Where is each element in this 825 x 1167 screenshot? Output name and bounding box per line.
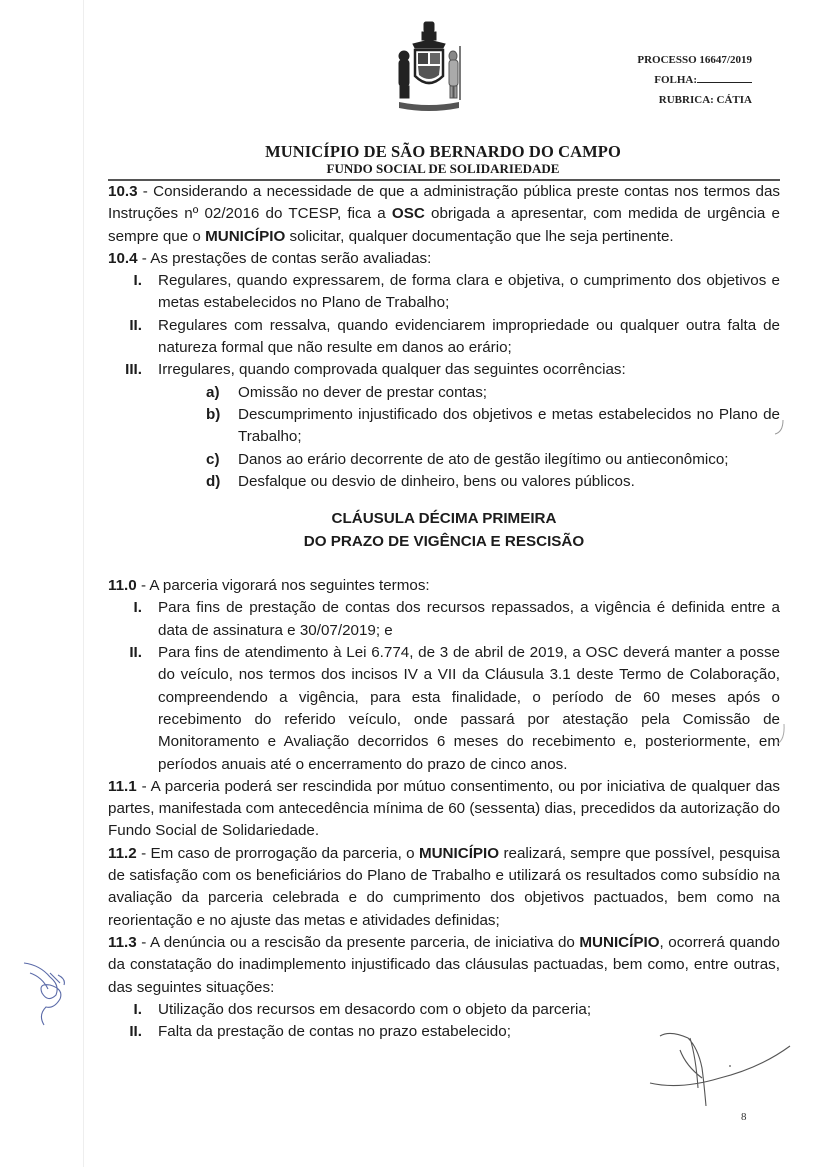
sub-list-item: b)Descumprimento injustificado dos objet… <box>206 404 780 449</box>
fund-subtitle: FUNDO SOCIAL DE SOLIDARIEDADE <box>108 161 778 176</box>
section-number: 11.0 <box>108 577 137 594</box>
document-body: 10.3 - Considerando a necessidade de que… <box>108 181 780 1043</box>
section-number: 10.4 <box>108 250 138 267</box>
coat-of-arms-icon <box>395 20 463 114</box>
clause-heading: CLÁUSULA DÉCIMA PRIMEIRA DO PRAZO DE VIG… <box>108 507 780 553</box>
section-number: 11.1 <box>108 778 137 795</box>
paragraph-11-0: 11.0 - A parceria vigorará nos seguintes… <box>108 575 780 597</box>
initials-signature-icon <box>20 955 70 1030</box>
section-number: 10.3 <box>108 183 138 200</box>
margin-line <box>83 0 84 1167</box>
list-item: II.Regulares com ressalva, quando eviden… <box>108 315 780 360</box>
paragraph-11-3: 11.3 - A denúncia ou a rescisão da prese… <box>108 932 780 999</box>
sub-list-item: a)Omissão no dever de prestar contas; <box>206 382 780 404</box>
margin-mark-icon <box>773 418 787 438</box>
process-stamp: PROCESSO 16647/2019 FOLHA: RUBRICA: CÁTI… <box>637 50 752 110</box>
process-number: PROCESSO 16647/2019 <box>637 50 752 70</box>
margin-mark-icon <box>775 722 789 748</box>
paragraph-10-4: 10.4 - As prestações de contas serão ava… <box>108 248 780 270</box>
paragraph-11-2: 11.2 - Em caso de prorrogação da parceri… <box>108 843 780 932</box>
clause-subtitle: DO PRAZO DE VIGÊNCIA E RESCISÃO <box>108 530 780 553</box>
sub-list-item: c)Danos ao erário decorrente de ato de g… <box>206 449 780 471</box>
paragraph-10-3: 10.3 - Considerando a necessidade de que… <box>108 181 780 248</box>
municipality-title: MUNICÍPIO DE SÃO BERNARDO DO CAMPO <box>108 142 778 161</box>
list-item: I.Regulares, quando expressarem, de form… <box>108 270 780 315</box>
list-item: II.Para fins de atendimento à Lei 6.774,… <box>108 642 780 776</box>
paragraph-11-1: 11.1 - A parceria poderá ser rescindida … <box>108 776 780 843</box>
section-number: 11.2 <box>108 845 137 862</box>
sub-list-item: d)Desfalque ou desvio de dinheiro, bens … <box>206 471 780 493</box>
document-header: MUNICÍPIO DE SÃO BERNARDO DO CAMPO FUNDO… <box>108 142 778 176</box>
folha-field: FOLHA: <box>637 70 752 90</box>
folha-blank <box>697 72 752 83</box>
signature-icon <box>640 1028 810 1108</box>
rubrica: RUBRICA: CÁTIA <box>637 90 752 110</box>
list-item: I.Para fins de prestação de contas dos r… <box>108 597 780 642</box>
list-item: I.Utilização dos recursos em desacordo c… <box>108 999 780 1021</box>
clause-title: CLÁUSULA DÉCIMA PRIMEIRA <box>108 507 780 530</box>
list-item: III.Irregulares, quando comprovada qualq… <box>108 359 780 381</box>
section-number: 11.3 <box>108 934 137 951</box>
page-number: 8 <box>741 1111 747 1123</box>
